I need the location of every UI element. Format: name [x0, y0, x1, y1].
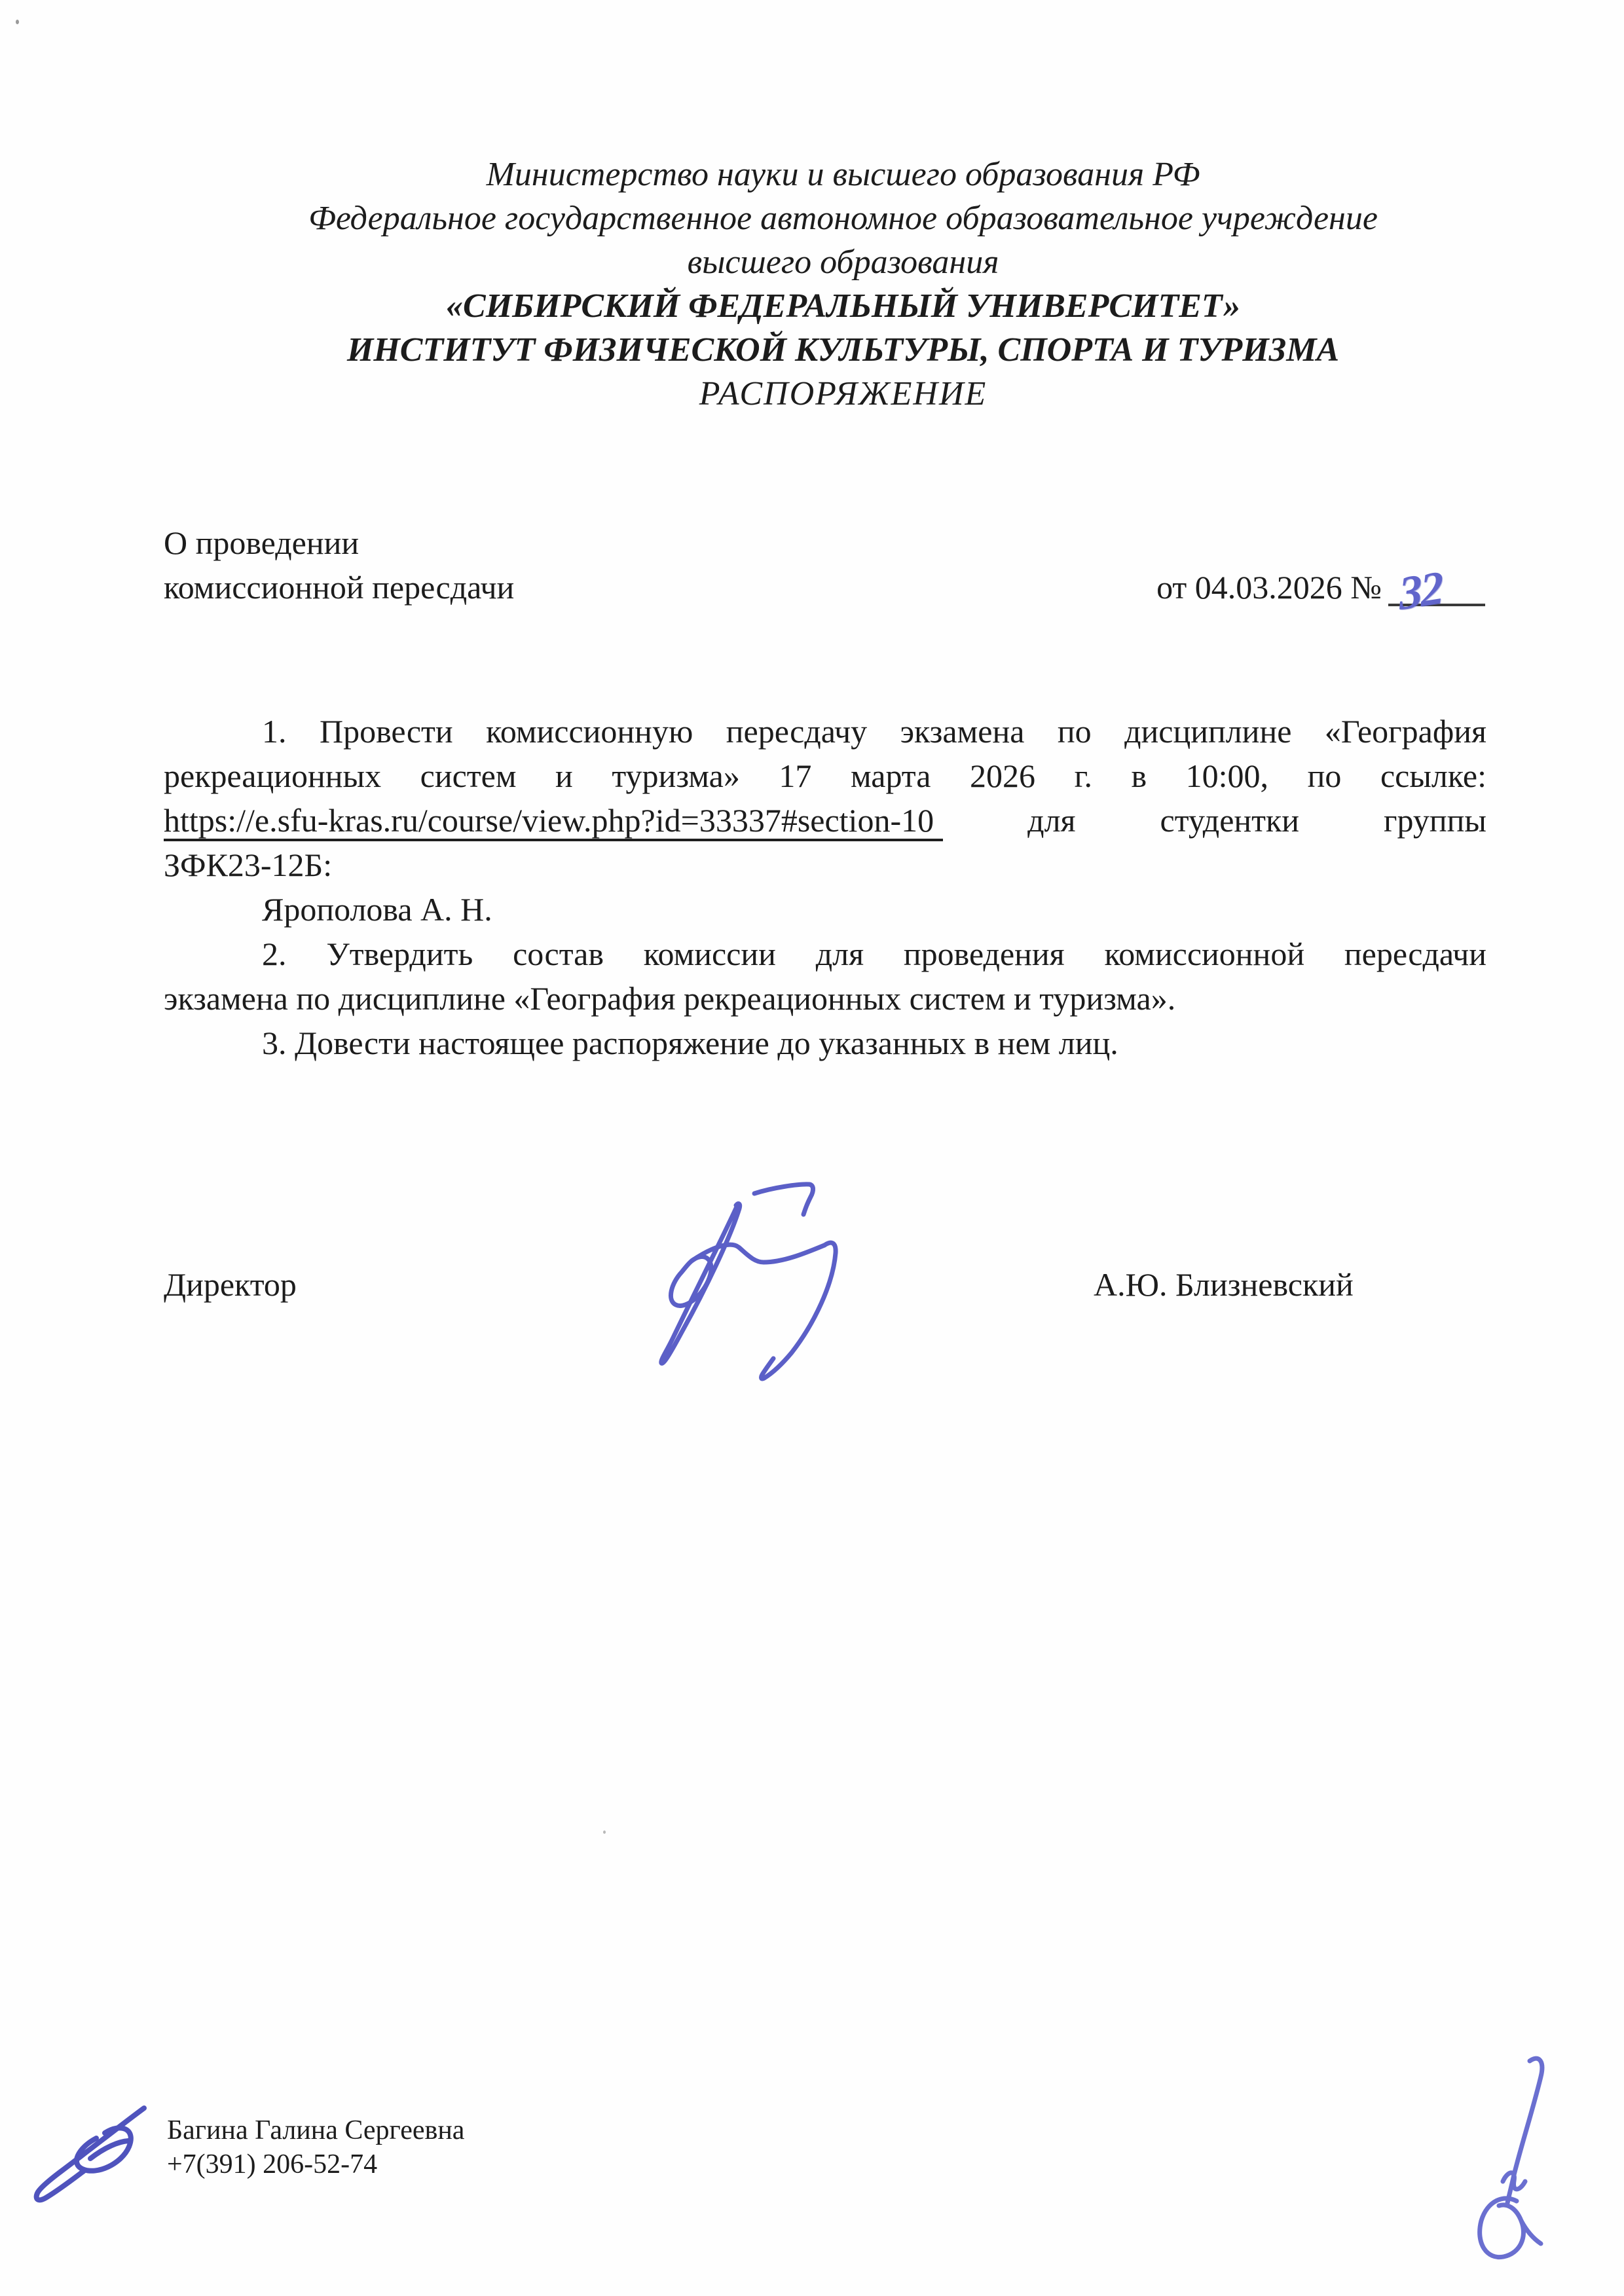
body-paragraph-2-line-2: экзамена по дисциплине «География рекреа…	[164, 976, 1486, 1021]
executor-phone: +7(391) 206-52-74	[167, 2147, 464, 2181]
header-education-line: высшего образования	[164, 240, 1522, 284]
body-paragraph-2-line-1: 2. Утвердить состав комиссии для проведе…	[164, 932, 1486, 976]
document-type-title: РАСПОРЯЖЕНИЕ	[164, 372, 1522, 416]
body-paragraph-1-line-2: рекреационных систем и туризма» 17 марта…	[164, 754, 1486, 798]
group-code-line: ЗФК23-12Б:	[164, 843, 1486, 887]
executor-block: Багина Галина Сергеевна +7(391) 206-52-7…	[167, 2113, 464, 2181]
director-signature-ink	[642, 1162, 877, 1411]
subject-block: О проведении комиссионной пересдачи	[164, 520, 514, 610]
header-ministry-line: Министерство науки и высшего образования…	[164, 153, 1522, 196]
body-paragraph-1-line-3: https://e.sfu-kras.ru/course/view.php?id…	[164, 798, 1486, 843]
signer-position: Директор	[164, 1262, 297, 1307]
body-paragraph-3: 3. Довести настоящее распоряжение до ука…	[164, 1021, 1486, 1065]
header-university-name: «СИБИРСКИЙ ФЕДЕРАЛЬНЫЙ УНИВЕРСИТЕТ»	[164, 284, 1522, 328]
handwritten-number: 32	[1398, 565, 1443, 617]
signer-name: А.Ю. Близневский	[1094, 1262, 1354, 1307]
executor-initials-ink	[25, 2095, 162, 2206]
subject-line-2: комиссионной пересдачи	[164, 565, 514, 610]
number-underline: 32	[1388, 570, 1485, 606]
document-header: Министерство науки и высшего образования…	[164, 153, 1522, 416]
executor-name: Багина Галина Сергеевна	[167, 2113, 464, 2147]
date-number-label: от 04.03.2026 №	[1156, 569, 1382, 606]
subject-line-1: О проведении	[164, 520, 514, 565]
document-body: 1. Провести комиссионную пересдачу экзам…	[164, 709, 1486, 1065]
document-page: Министерство науки и высшего образования…	[0, 0, 1624, 2296]
course-link-text: https://e.sfu-kras.ru/course/view.php?id…	[164, 802, 943, 841]
header-institute-name: ИНСТИТУТ ФИЗИЧЕСКОЙ КУЛЬТУРЫ, СПОРТА И Т…	[164, 328, 1522, 372]
header-institution-line: Федеральное государственное автономное о…	[164, 196, 1522, 240]
scan-speck	[603, 1831, 606, 1834]
student-name-line: Ярополова А. Н.	[164, 887, 1486, 932]
body-paragraph-1-line-1: 1. Провести комиссионную пересдачу экзам…	[164, 709, 1486, 754]
body-paragraph-1-line-3-rest: для студентки группы	[1027, 802, 1486, 839]
corner-ink-mark	[1467, 2053, 1562, 2269]
scan-speck	[16, 20, 19, 24]
date-number-line: от 04.03.2026 №32	[1156, 565, 1485, 610]
